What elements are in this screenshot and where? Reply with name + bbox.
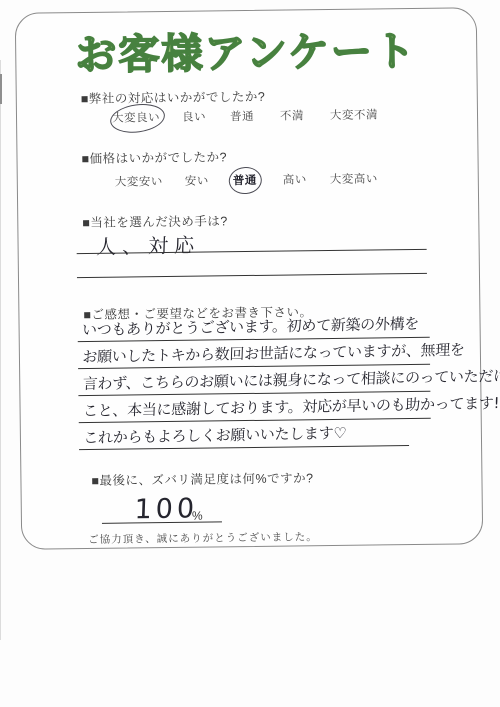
response-option-very-dissatisfied: 大変不満 <box>330 106 378 123</box>
comment-line-5: これからもよろしくお願いいたします♡ <box>79 419 409 450</box>
response-options: 大変良い 良い 普通 不満 大変不満 <box>17 105 477 129</box>
question-price-label: ■価格はいかがでしたか? <box>81 147 227 167</box>
comment-line-3: 言わず、こちらのお願いには親身になって相談にのっていただける <box>78 365 430 396</box>
comment-line-1: いつもありがとうございます。初めて新築の外構を <box>77 311 429 342</box>
comment-handwriting-2: お願いしたトキから数回お世話になっていますが、無理を <box>82 339 465 367</box>
reason-answer-line-2 <box>77 273 427 278</box>
comment-line-4: こと、本当に感謝しております。対応が早いのも助かってます! <box>78 392 430 423</box>
comment-handwriting-3: 言わず、こちらのお願いには親身になって相談にのっていただける <box>82 365 500 394</box>
question-response-label: ■弊社の対応はいかがでしたか? <box>81 87 266 107</box>
question-satisfaction-label: ■最後に、ズバリ満足度は何%ですか? <box>91 468 313 489</box>
comment-line-2: お願いしたトキから数回お世話になっていますが、無理を <box>78 338 430 369</box>
price-option-very-expensive: 大変高い <box>330 170 378 187</box>
footer-thanks: ご協力頂き、誠にありがとうございました。 <box>88 529 318 547</box>
response-option-good: 良い <box>182 109 206 125</box>
selection-circle-price <box>228 166 263 196</box>
response-option-normal: 普通 <box>230 108 254 124</box>
price-option-expensive: 高い <box>283 171 307 187</box>
scanned-survey-page: お客様アンケート ■弊社の対応はいかがでしたか? 大変良い 良い 普通 不満 大… <box>0 0 500 707</box>
survey-border-box: お客様アンケート ■弊社の対応はいかがでしたか? 大変良い 良い 普通 不満 大… <box>15 7 484 550</box>
scan-edge-faint-line <box>0 60 1 640</box>
reason-answer-handwriting: 人、対応 <box>96 229 201 260</box>
price-option-cheap: 安い <box>185 172 209 188</box>
comment-handwriting-4: こと、本当に感謝しております。対応が早いのも助かってます! <box>83 392 500 421</box>
satisfaction-answer-handwriting: 100 <box>134 493 199 525</box>
question-reason-label: ■当社を選んだ決め手は? <box>82 211 228 231</box>
comment-handwriting-1: いつもありがとうございます。初めて新築の外構を <box>82 313 420 340</box>
scan-edge-artifact <box>0 74 2 104</box>
survey-title: お客様アンケート <box>16 17 477 82</box>
price-option-very-cheap: 大変安い <box>115 173 163 190</box>
response-option-dissatisfied: 不満 <box>280 107 304 123</box>
comment-handwriting-5: これからもよろしくお願いいたします♡ <box>83 422 347 448</box>
